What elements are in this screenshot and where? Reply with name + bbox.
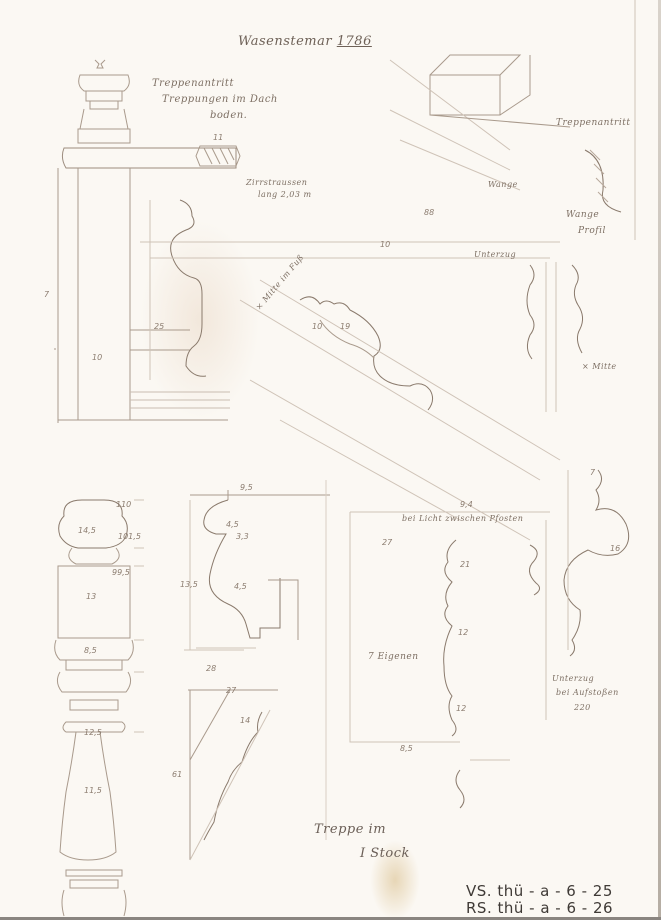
dim-right-16: 16 <box>610 544 620 553</box>
dim-span-27: 27 <box>382 538 392 547</box>
drawing-sheet: Wasenstemar 1786 Treppenantritt Treppung… <box>0 0 661 920</box>
dim-handrail-14: 14 <box>240 716 250 725</box>
dim-cornice-3: 3,3 <box>236 532 249 541</box>
dim-cornice-height: 13,5 <box>180 580 198 589</box>
dim-cornice-2: 4,5 <box>226 520 239 529</box>
handrail-profile <box>188 690 278 860</box>
dim-newel-total: 7 <box>44 290 49 299</box>
title-text: Wasenstemar <box>238 34 332 49</box>
underbeam-note-line3: 220 <box>574 703 591 712</box>
middle-note-label: × Mitte <box>582 362 617 371</box>
right-scroll-profile <box>564 470 629 656</box>
sheet-title: Wasenstemar 1786 <box>238 34 372 49</box>
dim-handrail-61: 61 <box>172 770 182 779</box>
dim-post-21: 21 <box>460 560 470 569</box>
underbeam-label: Unterzug <box>474 250 516 259</box>
dim-baluster-neck: 8,5 <box>84 646 97 655</box>
dim-span-10: 10 <box>380 240 390 249</box>
dim-baluster-cap: 14,5 <box>78 526 96 535</box>
dim-cornice-top: 9,5 <box>240 483 253 492</box>
dim-baluster-base: 11,5 <box>84 786 102 795</box>
dim-baluster-ring: 12,5 <box>84 728 102 737</box>
stringer-label-line1: Wange <box>566 210 599 220</box>
dim-post-12: 12 <box>458 628 468 637</box>
dim-span-88: 88 <box>424 208 434 217</box>
newel-note-line3: boden. <box>210 110 247 121</box>
clear-between-posts-label: bei Licht zwischen Pfosten <box>402 514 523 523</box>
underbeam-note-line1: Unterzug <box>552 674 594 683</box>
openings-note-line1: Zirrstraussen <box>246 178 307 187</box>
newel-note-line1: Treppenantritt <box>152 78 234 89</box>
right-post-profile <box>527 262 583 412</box>
archive-ref-back: RS. thü - a - 6 - 26 <box>466 899 613 917</box>
dim-handrail-27: 27 <box>226 686 236 695</box>
dim-baluster-right-2: 99,5 <box>112 568 130 577</box>
caption-line1: Treppe im <box>314 822 386 837</box>
diagonal-profile <box>240 280 560 540</box>
dim-newel-shaft: 10 <box>92 353 102 362</box>
openings-note-line2: lang 2,03 m <box>258 190 312 199</box>
newel-note-line2: Treppungen im Dach <box>162 94 278 105</box>
dim-newel-width: 25 <box>154 322 164 331</box>
dim-post-85: 8,5 <box>400 744 413 753</box>
sketch-linework <box>0 0 661 920</box>
top-right-label: Treppenantritt <box>556 118 630 128</box>
bracket-profile <box>150 200 410 380</box>
seven-corners-label: 7 Eigenen <box>368 652 419 662</box>
wange-label: Wange <box>488 180 518 189</box>
dim-newel-cap: 11 <box>213 133 223 142</box>
dim-center-10: 10 <box>312 322 322 331</box>
underbeam-note-line2: bei Aufstoßen <box>556 688 619 697</box>
dim-post-12b: 12 <box>456 704 466 713</box>
dim-center-19: 19 <box>340 322 350 331</box>
dim-span-94: 9,4 <box>460 500 473 509</box>
caption-line2: I Stock <box>360 846 410 861</box>
dim-cornice-28: 28 <box>206 664 216 673</box>
dim-baluster-top: 110 <box>116 500 131 509</box>
baluster-drawing <box>55 500 144 916</box>
cornice-profile <box>184 480 330 840</box>
stringer-label-line2: Profil <box>578 226 606 236</box>
dim-baluster-mid: 13 <box>86 592 96 601</box>
title-year: 1786 <box>337 34 372 49</box>
dim-cornice-5: 4,5 <box>234 582 247 591</box>
caption-floor-text: I Stock <box>360 846 410 861</box>
dim-right-7: 7 <box>590 468 595 477</box>
dim-baluster-right-1: 101,5 <box>118 532 141 541</box>
archive-ref-front: VS. thü - a - 6 - 25 <box>466 882 613 900</box>
